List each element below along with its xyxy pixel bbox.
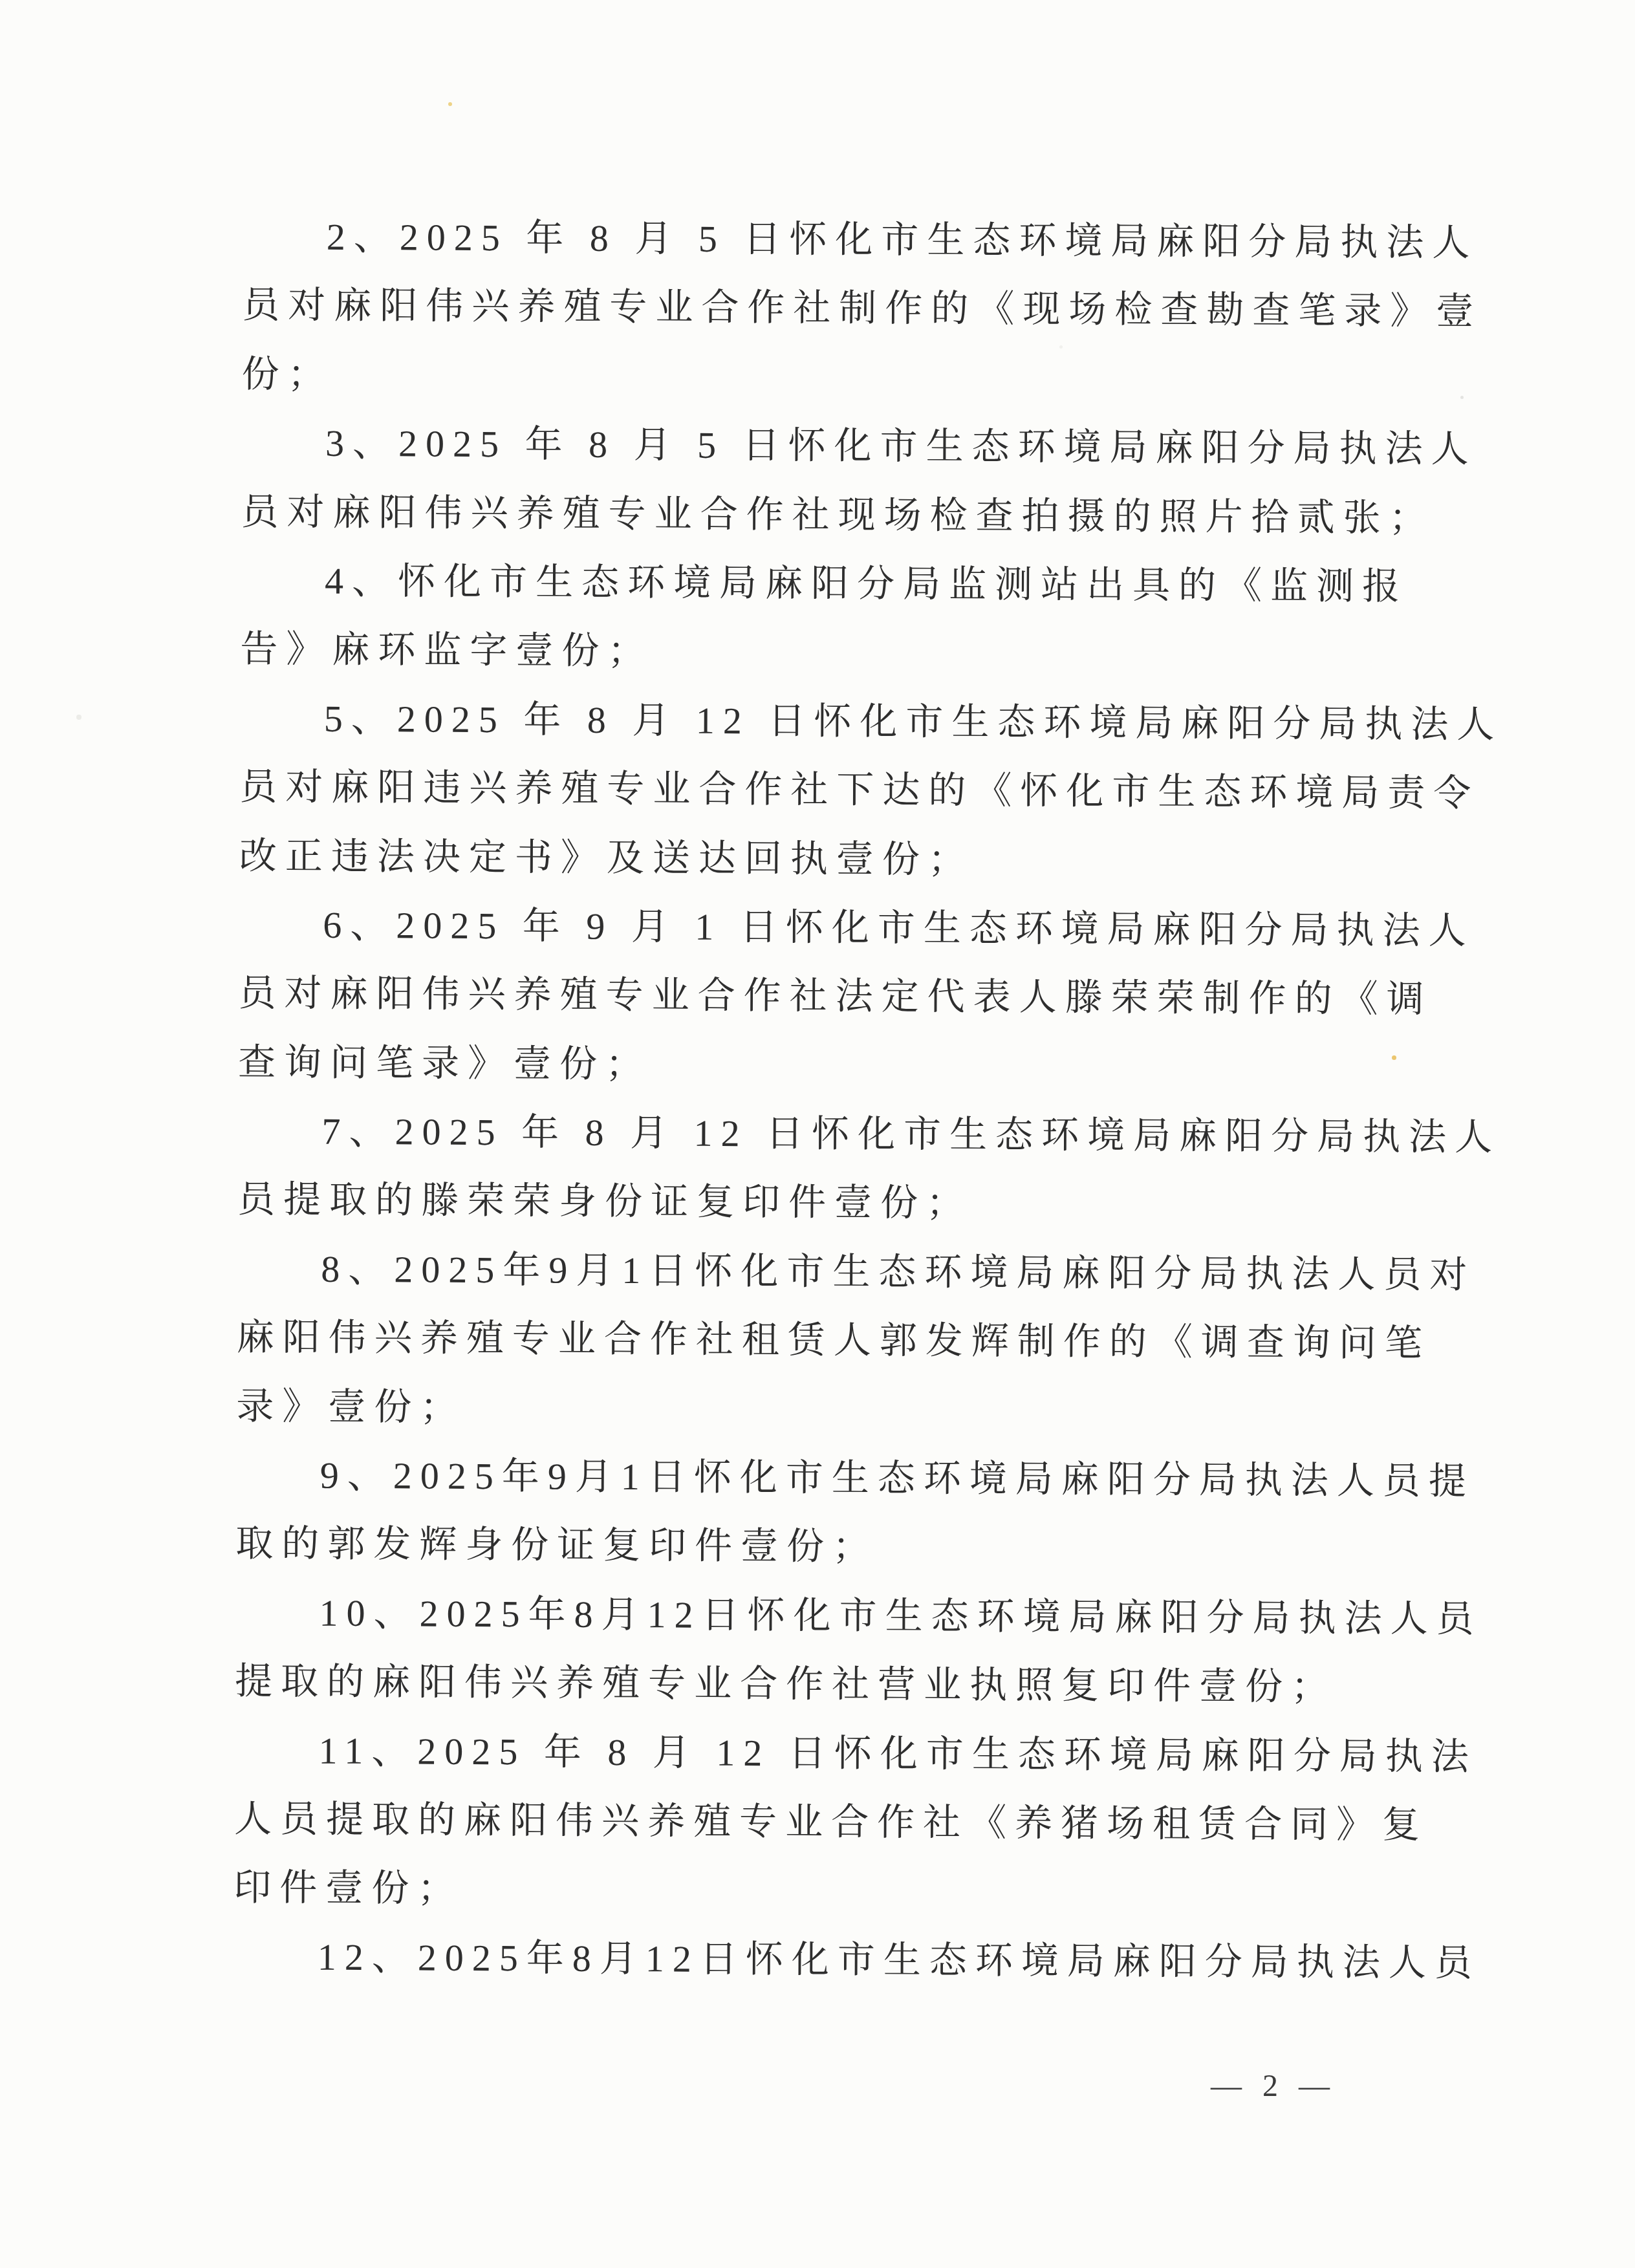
scanned-document-page: 2、2025 年 8 月 5 日怀化市生态环境局麻阳分局执法人员对麻阳伟兴养殖专… [0,0,1635,2268]
text-line: 员对麻阳违兴养殖专业合作社下达的《怀化市生态环境局责令 [239,764,1365,838]
text-line: 人员提取的麻阳伟兴养殖专业合作社《养猪场租赁合同》复 [234,1796,1360,1870]
text-line: 6、2025 年 9 月 1 日怀化市生态环境局麻阳分局执法人 [239,902,1365,976]
text-line: 7、2025 年 8 月 12 日怀化市生态环境局麻阳分局执法人 [237,1108,1363,1182]
text-line: 份； [241,351,1367,426]
text-line: 提取的麻阳伟兴养殖专业合作社营业执照复印件壹份； [235,1658,1361,1733]
text-line: 8、2025年9月1日怀化市生态环境局麻阳分局执法人员对 [237,1246,1363,1320]
text-line: 改正违法决定书》及送达回执壹份； [239,833,1365,907]
document-body: 2、2025 年 8 月 5 日怀化市生态环境局麻阳分局执法人员对麻阳伟兴养殖专… [233,213,1368,2008]
text-line: 3、2025 年 8 月 5 日怀化市生态环境局麻阳分局执法人 [241,420,1367,494]
text-line: 11、2025 年 8 月 12 日怀化市生态环境局麻阳分局执法 [234,1727,1360,1802]
text-line: 告》麻环监字壹份； [240,626,1366,700]
scan-speck [448,102,452,106]
scan-speck [1059,345,1063,349]
text-line: 员对麻阳伟兴养殖专业合作社制作的《现场检查勘查笔录》壹 [242,282,1368,356]
text-line: 2、2025 年 8 月 5 日怀化市生态环境局麻阳分局执法人 [242,213,1368,288]
page-number: — 2 — [1211,2068,1336,2104]
text-line: 5、2025 年 8 月 12 日怀化市生态环境局麻阳分局执法人 [240,695,1366,770]
scan-speck [76,715,81,720]
text-line: 取的郭发辉身份证复印件壹份； [235,1520,1361,1595]
text-line: 4、怀化市生态环境局麻阳分局监测站出具的《监测报 [241,557,1367,632]
scan-speck [1392,1055,1396,1060]
text-line: 员对麻阳伟兴养殖专业合作社现场检查拍摄的照片拾贰张； [241,489,1367,563]
text-line: 印件壹份； [233,1864,1359,1939]
text-line: 10、2025年8月12日怀化市生态环境局麻阳分局执法人员 [235,1590,1361,1664]
scan-speck [1460,396,1464,399]
text-line: 员对麻阳伟兴养殖专业合作社法定代表人滕荣荣制作的《调 [238,970,1364,1044]
text-line: 录》壹份； [236,1383,1362,1458]
text-line: 员提取的滕荣荣身份证复印件壹份； [237,1176,1363,1251]
text-line: 9、2025年9月1日怀化市生态环境局麻阳分局执法人员提 [235,1452,1361,1526]
text-line: 12、2025年8月12日怀化市生态环境局麻阳分局执法人员 [233,1934,1359,2008]
text-line: 查询问笔录》壹份； [238,1039,1364,1114]
text-line: 麻阳伟兴养殖专业合作社租赁人郭发辉制作的《调查询问笔 [237,1314,1363,1388]
